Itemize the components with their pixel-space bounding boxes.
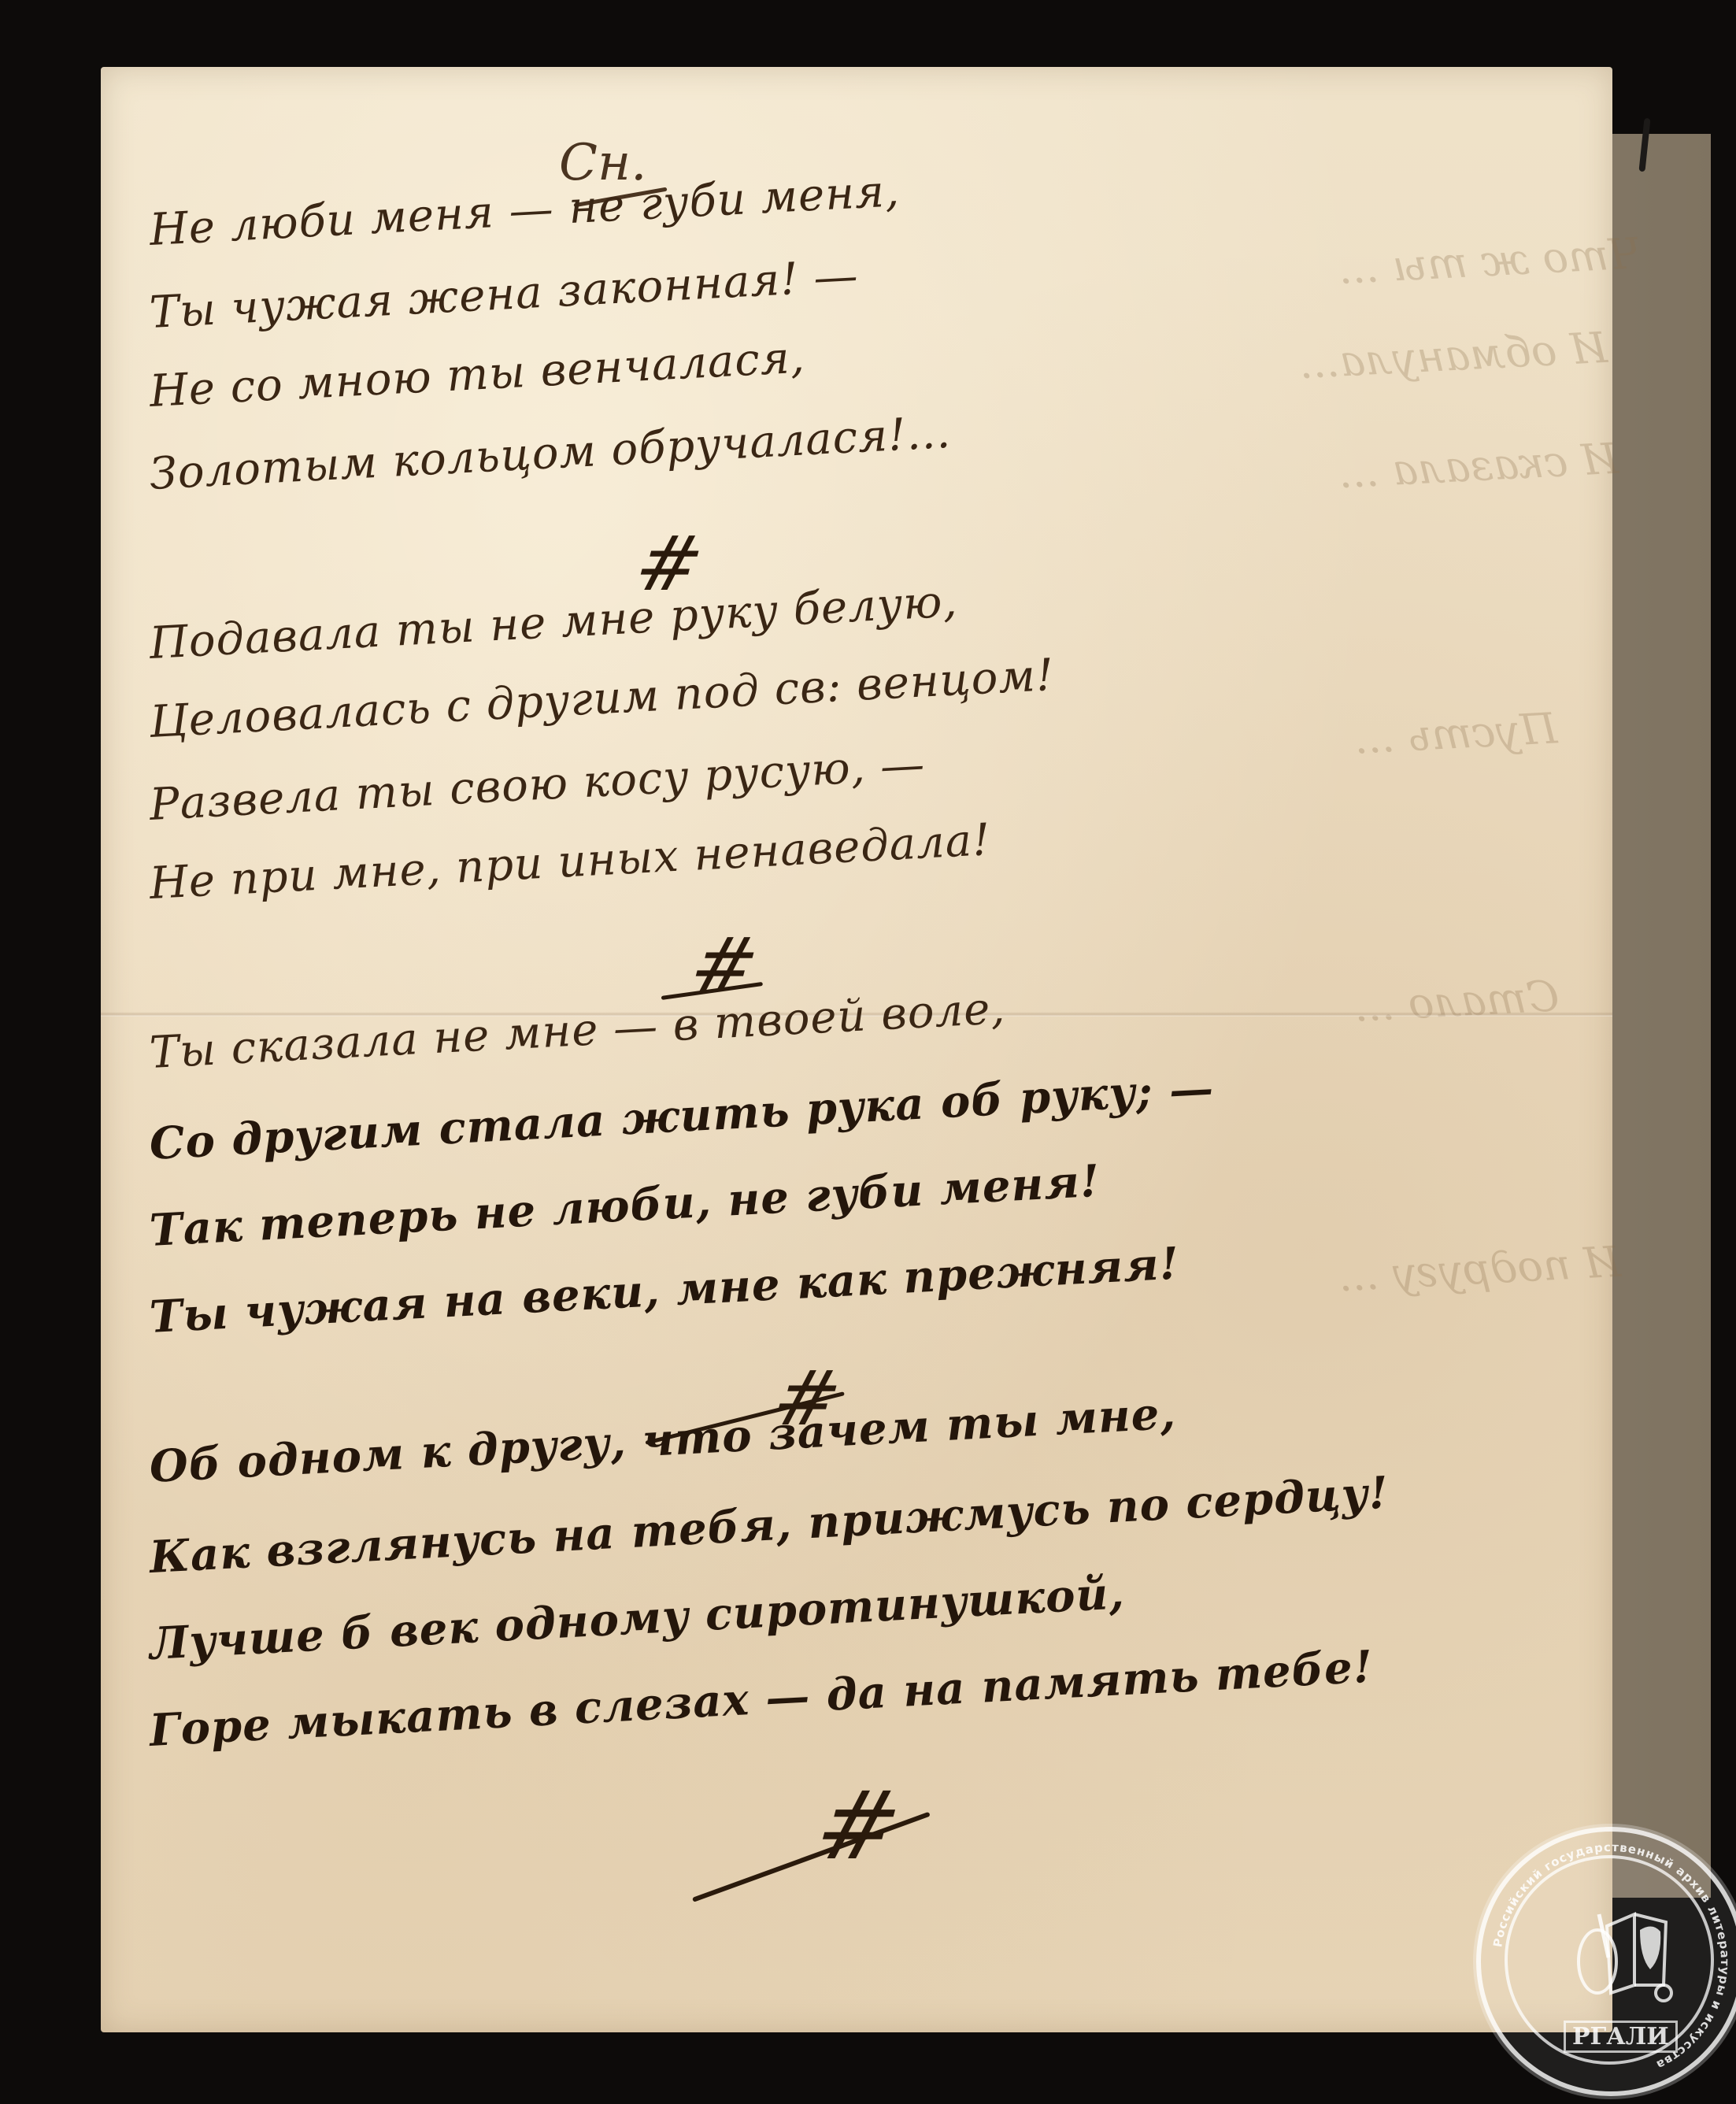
bleed-through-text: Пусть ... bbox=[1353, 703, 1559, 763]
stamp-emblem-icon bbox=[1575, 1898, 1678, 2009]
stamp-label: РГАЛИ bbox=[1564, 2021, 1678, 2053]
archive-stamp: Российский государственный архив литерат… bbox=[1476, 1827, 1736, 2096]
